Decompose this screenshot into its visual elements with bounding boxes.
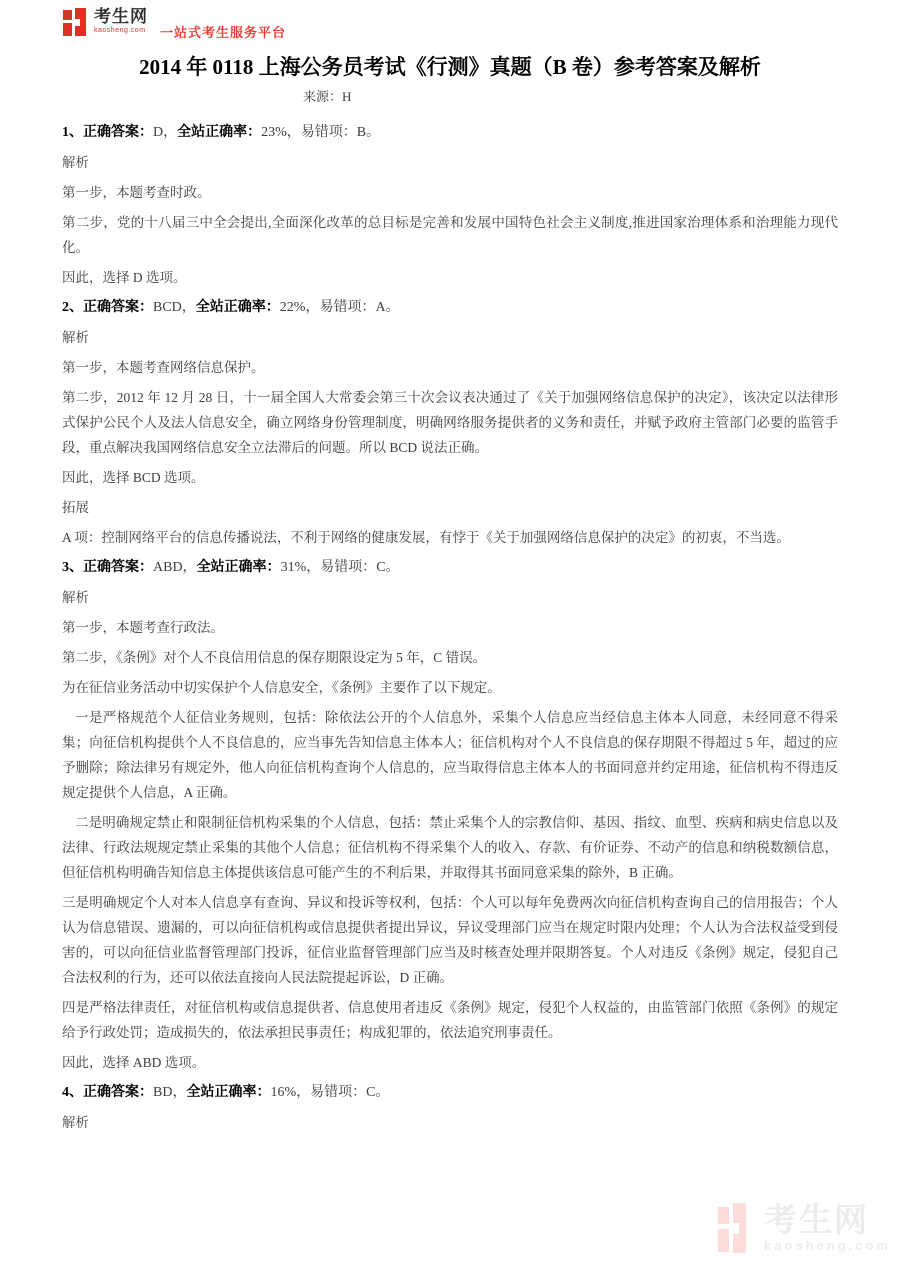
q1-label: 1、正确答案： (62, 125, 153, 140)
q1-rate-label: 全站正确率： (177, 125, 261, 140)
logo-tagline: 一站式考生服务平台 (160, 22, 286, 41)
site-header: 考生网 kaosheng.com 一站式考生服务平台 (0, 0, 900, 40)
kaosheng-watermark: 考生网 kaosheng.com (718, 1203, 891, 1253)
q4-rate-value: 16%，易错项：C。 (270, 1085, 389, 1100)
q3-paragraph-intro: 为在征信业务活动中切实保护个人信息安全，《条例》主要作了以下规定。 (62, 675, 838, 700)
kaosheng-watermark-icon (718, 1203, 752, 1253)
q3-analysis-label: 解析 (62, 585, 838, 610)
q3-rate-label: 全站正确率： (197, 560, 281, 575)
q1-conclusion: 因此，选择 D 选项。 (62, 265, 838, 290)
answer-line-q4: 4、正确答案：BD，全站正确率：16%，易错项：C。 (62, 1080, 838, 1105)
q3-answer: ABD， (153, 560, 197, 575)
page-title: 2014 年 0118 上海公务员考试《行测》真题（B 卷）参考答案及解析 (40, 54, 860, 80)
logo-text: 考生网 kaosheng.com (94, 8, 148, 34)
q3-paragraph-rule3: 三是明确规定个人对本人信息享有查询、异议和投诉等权利，包括：个人可以每年免费两次… (62, 890, 838, 990)
q3-label: 3、正确答案： (62, 560, 153, 575)
q2-analysis-label: 解析 (62, 325, 838, 350)
q3-paragraph-step1: 第一步，本题考查行政法。 (62, 615, 838, 640)
q3-conclusion: 因此，选择 ABD 选项。 (62, 1050, 838, 1075)
kaosheng-logo: 考生网 kaosheng.com 一站式考生服务平台 (63, 8, 900, 41)
q2-conclusion: 因此，选择 BCD 选项。 (62, 465, 838, 490)
q3-rate-value: 31%，易错项：C。 (281, 560, 400, 575)
answer-line-q3: 3、正确答案：ABD，全站正确率：31%，易错项：C。 (62, 555, 838, 580)
q2-paragraph-step1: 第一步，本题考查网络信息保护。 (62, 355, 838, 380)
q4-analysis-label: 解析 (62, 1110, 838, 1135)
q1-paragraph-step1: 第一步，本题考查时政。 (62, 180, 838, 205)
q3-paragraph-rule4: 四是严格法律责任，对征信机构或信息提供者、信息使用者违反《条例》规定，侵犯个人权… (62, 995, 838, 1045)
logo-name: 考生网 (94, 8, 148, 25)
q3-paragraph-rule1: 一是严格规范个人征信业务规则，包括：除依法公开的个人信息外，采集个人信息应当经信… (62, 705, 838, 805)
watermark-name: 考生网 (764, 1203, 891, 1236)
q4-answer: BD， (153, 1085, 186, 1100)
logo-domain: kaosheng.com (94, 27, 148, 34)
answer-line-q1: 1、正确答案：D，全站正确率：23%，易错项：B。 (62, 120, 838, 145)
watermark-domain: kaosheng.com (764, 1239, 891, 1252)
q1-paragraph-step2: 第二步，党的十八届三中全会提出,全面深化改革的总目标是完善和发展中国特色社会主义… (62, 210, 838, 260)
q4-rate-label: 全站正确率： (186, 1085, 270, 1100)
q2-rate-label: 全站正确率： (196, 300, 280, 315)
answer-line-q2: 2、正确答案：BCD，全站正确率：22%，易错项：A。 (62, 295, 838, 320)
q2-expand-label: 拓展 (62, 495, 838, 520)
q1-rate-value: 23%，易错项：B。 (261, 125, 380, 140)
q2-paragraph-step2: 第二步，2012 年 12 月 28 日，十一届全国人大常委会第三十次会议表决通… (62, 385, 838, 460)
q1-answer: D， (153, 125, 177, 140)
q2-answer: BCD， (153, 300, 196, 315)
q2-expand-paragraph: A 项：控制网络平台的信息传播说法，不利于网络的健康发展，有悖于《关于加强网络信… (62, 525, 838, 550)
document-content: 1、正确答案：D，全站正确率：23%，易错项：B。 解析 第一步，本题考查时政。… (62, 120, 838, 1135)
q2-label: 2、正确答案： (62, 300, 153, 315)
source-line: 来源：H (303, 88, 900, 106)
watermark-text: 考生网 kaosheng.com (764, 1203, 891, 1252)
q3-paragraph-rule2: 二是明确规定禁止和限制征信机构采集的个人信息，包括：禁止采集个人的宗教信仰、基因… (62, 810, 838, 885)
q2-rate-value: 22%，易错项：A。 (280, 300, 400, 315)
q3-paragraph-step2: 第二步，《条例》对个人不良信用信息的保存期限设定为 5 年，C 错误。 (62, 645, 838, 670)
q4-label: 4、正确答案： (62, 1085, 153, 1100)
q1-analysis-label: 解析 (62, 150, 838, 175)
kaosheng-logo-icon (63, 8, 89, 36)
